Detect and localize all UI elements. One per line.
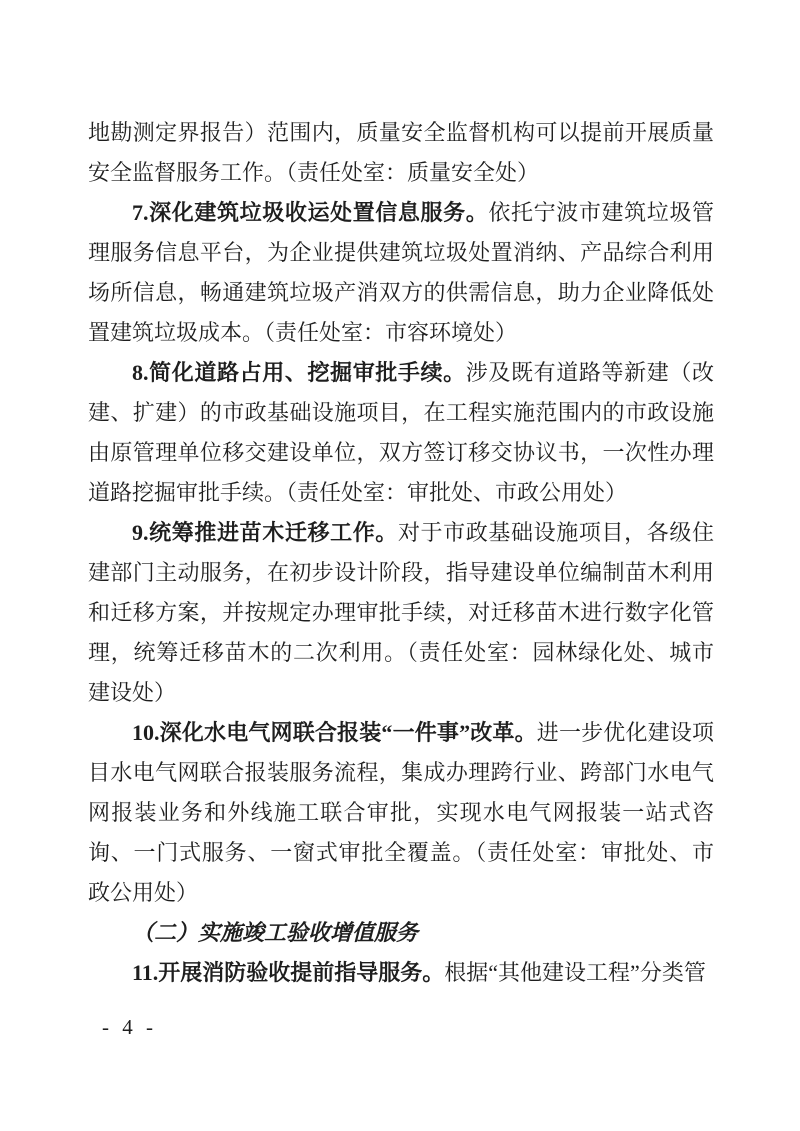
item-11: 11.开展消防验收提前指导服务。根据“其他建设工程”分类管 — [88, 953, 714, 993]
item-7: 7.深化建筑垃圾收运处置信息服务。依托宁波市建筑垃圾管理服务信息平台，为企业提供… — [88, 193, 714, 353]
item-8: 8.简化道路占用、挖掘审批手续。涉及既有道路等新建（改建、扩建）的市政基础设施项… — [88, 353, 714, 513]
section-heading-text: （二）实施竣工验收增值服务 — [132, 920, 418, 945]
paragraph-text: 地勘测定界报告）范围内，质量安全监督机构可以提前开展质量安全监督服务工作。（责任… — [88, 120, 714, 185]
section-heading-2: （二）实施竣工验收增值服务 — [88, 913, 714, 953]
document-body: 地勘测定界报告）范围内，质量安全监督机构可以提前开展质量安全监督服务工作。（责任… — [88, 113, 714, 993]
item-8-lead: 8.简化道路占用、挖掘审批手续。 — [132, 360, 466, 385]
item-9-lead: 9.统筹推进苗木迁移工作。 — [132, 520, 398, 545]
item-10: 10.深化水电气网联合报装“一件事”改革。进一步优化建设项目水电气网联合报装服务… — [88, 713, 714, 913]
item-7-lead: 7.深化建筑垃圾收运处置信息服务。 — [132, 200, 488, 225]
item-10-lead: 10.深化水电气网联合报装“一件事”改革。 — [132, 720, 537, 745]
item-11-lead: 11.开展消防验收提前指导服务。 — [132, 960, 444, 985]
page-number: - 4 - — [102, 1013, 157, 1041]
item-9-text: 对于市政基础设施项目，各级住建部门主动服务，在初步设计阶段，指导建设单位编制苗木… — [88, 520, 714, 705]
item-9: 9.统筹推进苗木迁移工作。对于市政基础设施项目，各级住建部门主动服务，在初步设计… — [88, 513, 714, 713]
document-page: 地勘测定界报告）范围内，质量安全监督机构可以提前开展质量安全监督服务工作。（责任… — [0, 0, 800, 1131]
paragraph-continuation: 地勘测定界报告）范围内，质量安全监督机构可以提前开展质量安全监督服务工作。（责任… — [88, 113, 714, 193]
item-11-text: 根据“其他建设工程”分类管 — [444, 960, 706, 985]
item-10-text: 进一步优化建设项目水电气网联合报装服务流程，集成办理跨行业、跨部门水电气网报装业… — [88, 720, 714, 905]
